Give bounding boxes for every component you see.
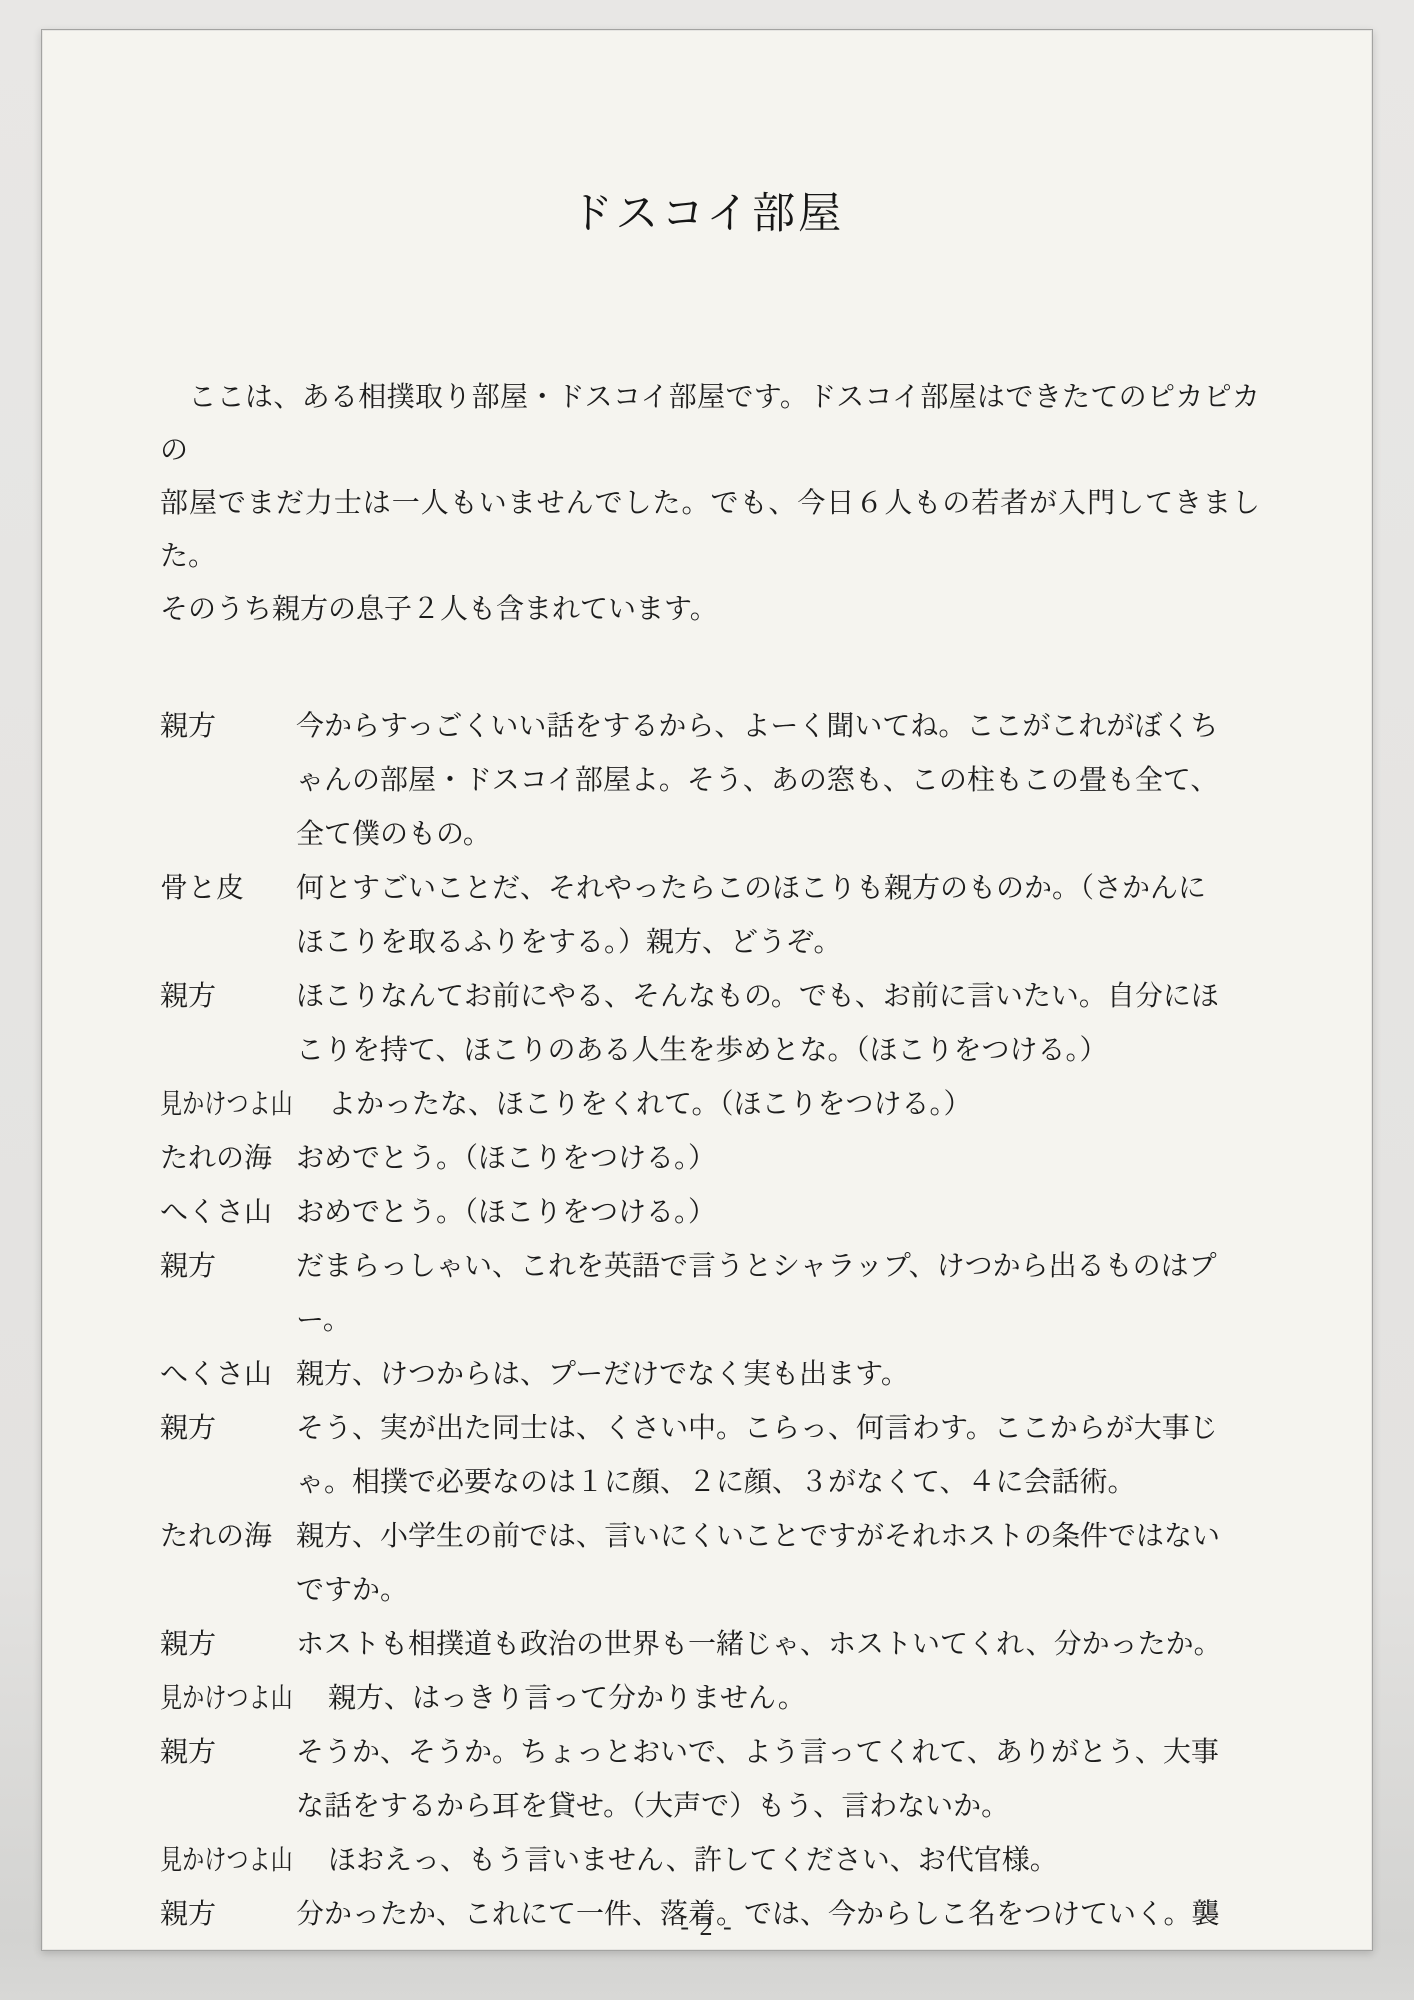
dialogue-text: ほこりなんてお前にやる、そんなもの。でも、お前に言いたい。自分にほ こりを持て、… bbox=[296, 970, 1262, 1078]
dialogue-text: 親方、はっきり言って分かりません。 bbox=[328, 1672, 1262, 1726]
speaker-name: 見かけつよ山 bbox=[160, 1834, 293, 1888]
dialogue-row: 見かけつよ山 よかったな、ほこりをくれて。（ほこりをつける。） bbox=[160, 1078, 1262, 1132]
dialogue-row: へくさ山 親方、けつからは、プーだけでなく実も出ます。 bbox=[160, 1348, 1262, 1402]
page-number: - 2 - bbox=[42, 1912, 1372, 1942]
dialogue-row: 骨と皮 何とすごいことだ、それやったらこのほこりも親方のものか。（さかんに ほこ… bbox=[160, 862, 1262, 970]
dialogue-text: 親方、けつからは、プーだけでなく実も出ます。 bbox=[296, 1348, 1262, 1402]
speaker-name: 親方 bbox=[160, 970, 296, 1024]
intro-paragraph: ここは、ある相撲取り部屋・ドスコイ部屋です。ドスコイ部屋はできたてのピカピカの … bbox=[160, 371, 1260, 636]
scanned-document-screenshot: { "doc": { "title": "ドスコイ部屋", "intro": "… bbox=[0, 0, 1414, 2000]
dialogue-row: 親方 そうか、そうか。ちょっとおいで、よう言ってくれて、ありがとう、大事 な話を… bbox=[160, 1726, 1262, 1834]
dialogue-text: 今からすっごくいい話をするから、よーく聞いてね。ここがこれがぼくち ゃんの部屋・… bbox=[296, 700, 1262, 862]
page-title: ドスコイ部屋 bbox=[42, 180, 1372, 241]
dialogue-text: だまらっしゃい、これを英語で言うとシャラップ、けつから出るものはプ ー。 bbox=[296, 1240, 1262, 1348]
dialogue-row: たれの海 親方、小学生の前では、言いにくいことですがそれホストの条件ではない で… bbox=[160, 1510, 1262, 1618]
speaker-name: たれの海 bbox=[160, 1132, 296, 1186]
dialogue-row: 親方 ほこりなんてお前にやる、そんなもの。でも、お前に言いたい。自分にほ こりを… bbox=[160, 970, 1262, 1078]
dialogue-text: ほおえっ、もう言いません、許してください、お代官様。 bbox=[328, 1834, 1262, 1888]
speaker-name: 骨と皮 bbox=[160, 862, 296, 916]
document-page: ドスコイ部屋 ここは、ある相撲取り部屋・ドスコイ部屋です。ドスコイ部屋はできたて… bbox=[41, 29, 1373, 1951]
speaker-name: 親方 bbox=[160, 1402, 296, 1456]
dialogue-row: 親方 ホストも相撲道も政治の世界も一緒じゃ、ホストいてくれ、分かったか。 bbox=[160, 1618, 1262, 1672]
dialogue-text: おめでとう。（ほこりをつける。） bbox=[296, 1186, 1262, 1240]
dialogue-text: よかったな、ほこりをくれて。（ほこりをつける。） bbox=[328, 1078, 1262, 1132]
dialogue-row: 親方 そう、実が出た同士は、くさい中。こらっ、何言わす。ここからが大事じ ゃ。相… bbox=[160, 1402, 1262, 1510]
dialogue-row: 親方 今からすっごくいい話をするから、よーく聞いてね。ここがこれがぼくち ゃんの… bbox=[160, 700, 1262, 862]
dialogue-text: そうか、そうか。ちょっとおいで、よう言ってくれて、ありがとう、大事 な話をするか… bbox=[296, 1726, 1262, 1834]
speaker-name: 親方 bbox=[160, 1618, 296, 1672]
dialogue-text: ホストも相撲道も政治の世界も一緒じゃ、ホストいてくれ、分かったか。 bbox=[296, 1618, 1262, 1672]
dialogue-text: 親方、小学生の前では、言いにくいことですがそれホストの条件ではない ですか。 bbox=[296, 1510, 1262, 1618]
dialogue-text: 何とすごいことだ、それやったらこのほこりも親方のものか。（さかんに ほこりを取る… bbox=[296, 862, 1262, 970]
dialogue-text: そう、実が出た同士は、くさい中。こらっ、何言わす。ここからが大事じ ゃ。相撲で必… bbox=[296, 1402, 1262, 1510]
dialogue-text: おめでとう。（ほこりをつける。） bbox=[296, 1132, 1262, 1186]
speaker-name: へくさ山 bbox=[160, 1186, 296, 1240]
speaker-name: 親方 bbox=[160, 700, 296, 754]
dialogue-row: たれの海 おめでとう。（ほこりをつける。） bbox=[160, 1132, 1262, 1186]
speaker-name: 親方 bbox=[160, 1240, 296, 1294]
speaker-name: 見かけつよ山 bbox=[160, 1672, 293, 1726]
speaker-name: たれの海 bbox=[160, 1510, 296, 1564]
dialogue-section: 親方 今からすっごくいい話をするから、よーく聞いてね。ここがこれがぼくち ゃんの… bbox=[160, 700, 1262, 1942]
dialogue-row: 親方 だまらっしゃい、これを英語で言うとシャラップ、けつから出るものはプ ー。 bbox=[160, 1240, 1262, 1348]
speaker-name: 親方 bbox=[160, 1726, 296, 1780]
speaker-name: 見かけつよ山 bbox=[160, 1078, 293, 1132]
dialogue-row: へくさ山 おめでとう。（ほこりをつける。） bbox=[160, 1186, 1262, 1240]
dialogue-row: 見かけつよ山 親方、はっきり言って分かりません。 bbox=[160, 1672, 1262, 1726]
speaker-name: へくさ山 bbox=[160, 1348, 296, 1402]
dialogue-row: 見かけつよ山 ほおえっ、もう言いません、許してください、お代官様。 bbox=[160, 1834, 1262, 1888]
